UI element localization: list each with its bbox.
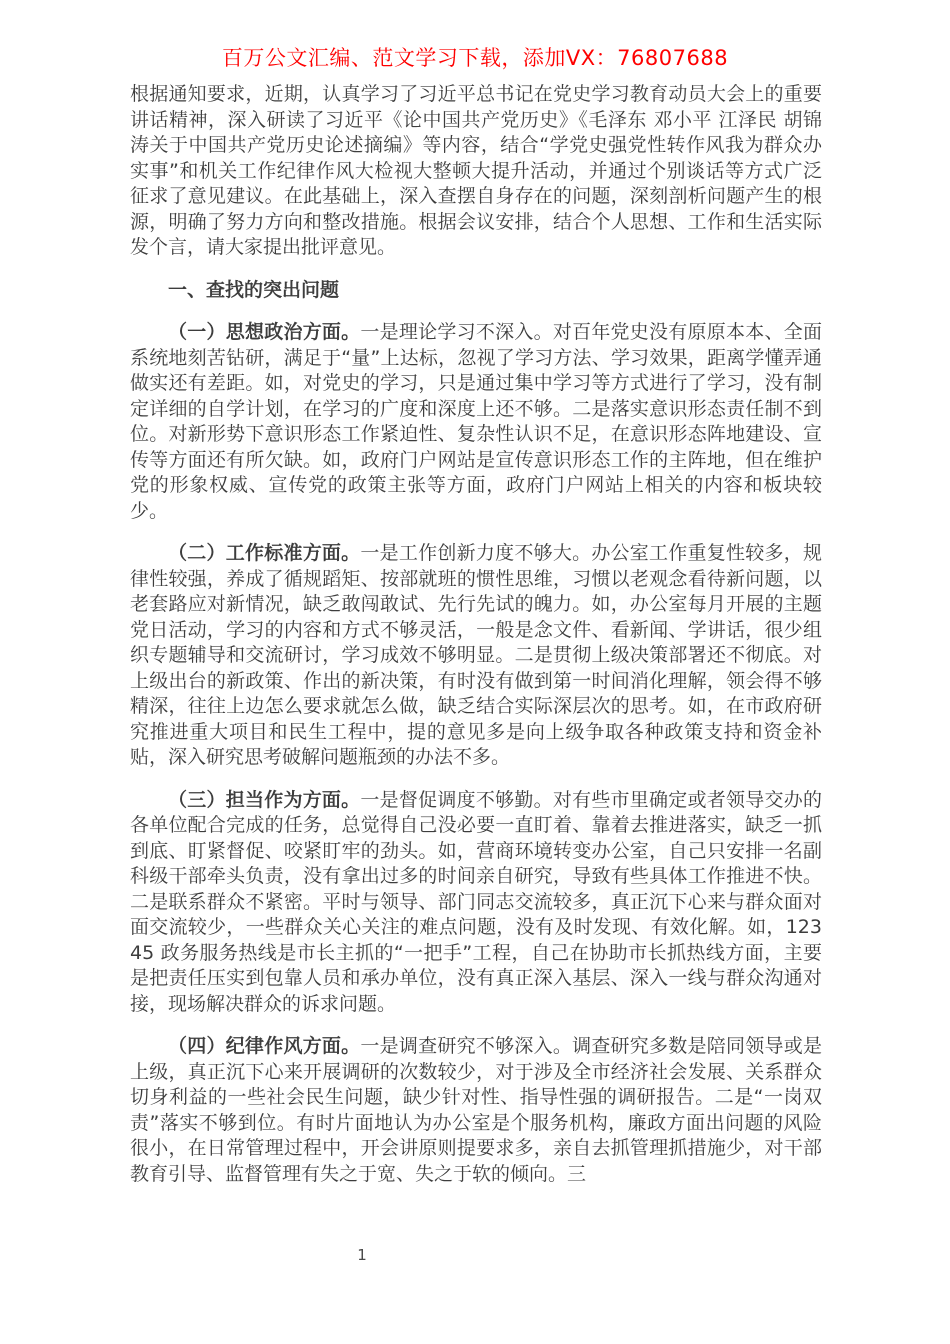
subsection-paragraph-3: （三）担当作为方面。一是督促调度不够勤。对有些市里确定或者领导交办的各单位配合完… xyxy=(130,788,822,1018)
subsection-2-body: 一是工作创新力度不够大。办公室工作重复性较多，规律性较强，养成了循规蹈矩、按部就… xyxy=(130,542,822,768)
intro-paragraph: 根据通知要求，近期，认真学习了习近平总书记在党史学习教育动员大会上的重要讲话精神… xyxy=(130,82,822,261)
subsection-1-body: 一是理论学习不深入。对百年党史没有原原本本、全面系统地刻苦钻研，满足于“量”上达… xyxy=(130,321,822,522)
section-heading: 一、查找的突出问题 xyxy=(130,278,822,304)
subsection-4-lead: （四）纪律作风方面。 xyxy=(168,1035,360,1057)
subsection-3-body: 一是督促调度不够勤。对有些市里确定或者领导交办的各单位配合完成的任务，总觉得自己… xyxy=(130,789,822,1015)
subsection-paragraph-4: （四）纪律作风方面。一是调查研究不够深入。调查研究多数是陪同领导或是上级，真正沉… xyxy=(130,1034,822,1187)
subsection-3-lead: （三）担当作为方面。 xyxy=(168,789,360,811)
subsection-1-lead: （一）思想政治方面。 xyxy=(168,321,360,343)
promo-header-text: 百万公文汇编、范文学习下载，添加VX：76807688 xyxy=(0,42,950,72)
page-number: 1 xyxy=(350,1246,374,1264)
subsection-paragraph-1: （一）思想政治方面。一是理论学习不深入。对百年党史没有原原本本、全面系统地刻苦钻… xyxy=(130,320,822,524)
document-page: 百万公文汇编、范文学习下载，添加VX：76807688 根据通知要求，近期，认真… xyxy=(0,0,950,1344)
subsection-paragraph-2: （二）工作标准方面。一是工作创新力度不够大。办公室工作重复性较多，规律性较强，养… xyxy=(130,541,822,771)
subsection-4-body: 一是调查研究不够深入。调查研究多数是陪同领导或是上级，真正沉下心来开展调研的次数… xyxy=(130,1035,822,1185)
document-body: 根据通知要求，近期，认真学习了习近平总书记在党史学习教育动员大会上的重要讲话精神… xyxy=(130,82,822,1204)
subsection-2-lead: （二）工作标准方面。 xyxy=(168,542,360,564)
